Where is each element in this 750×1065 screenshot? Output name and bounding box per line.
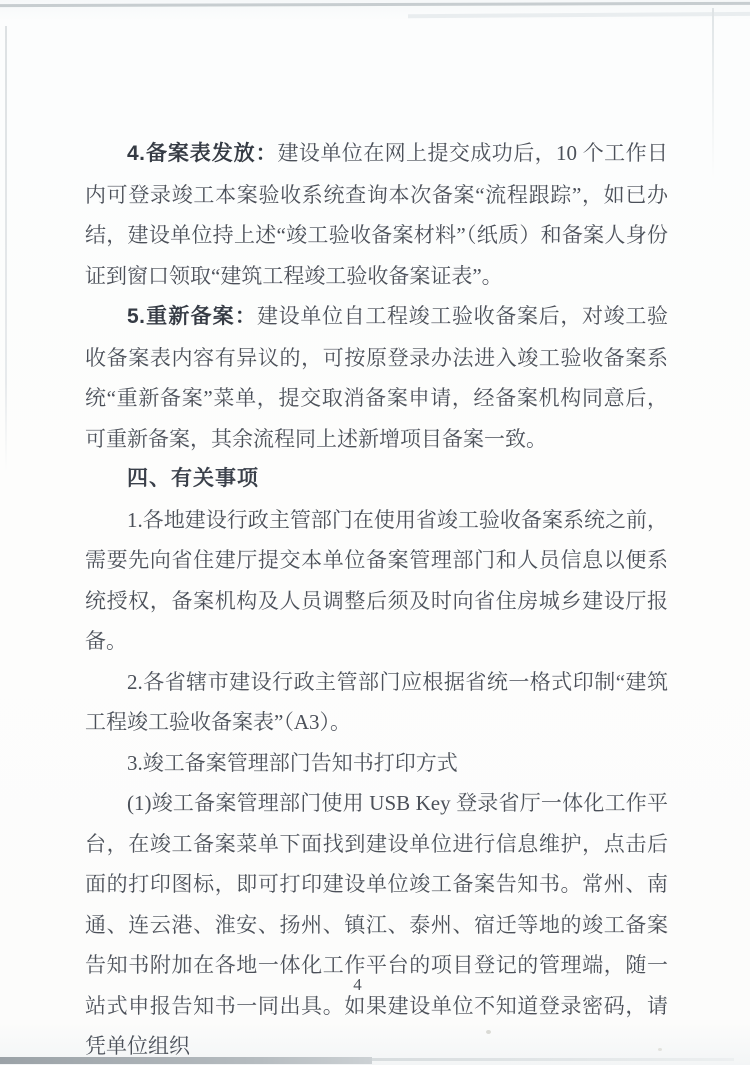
scanned-page: 4.备案表发放：建设单位在网上提交成功后，10 个工作日内可登录竣工本案验收系统… <box>0 0 750 1065</box>
scan-edge-left <box>5 26 7 471</box>
section-heading: 四、有关事项 <box>85 459 668 500</box>
paragraph-related-item-1: 1.各地建设行政主管部门在使用省竣工验收备案系统之前，需要先向省住建厅提交本单位… <box>85 500 668 662</box>
paragraph-related-item-3-sub-1: (1)竣工备案管理部门使用 USB Key 登录省厅一体化工作平台，在竣工备案菜… <box>85 783 668 1065</box>
paragraph-item-4: 4.备案表发放：建设单位在网上提交成功后，10 个工作日内可登录竣工本案验收系统… <box>85 133 668 296</box>
page-number: 4 <box>85 970 630 1000</box>
item-4-lead-label: 4.备案表发放： <box>127 142 278 165</box>
scan-edge-top <box>0 2 750 7</box>
document-text-block: 4.备案表发放：建设单位在网上提交成功后，10 个工作日内可登录竣工本案验收系统… <box>85 133 668 1065</box>
item-5-lead-label: 5.重新备案： <box>127 305 257 328</box>
paragraph-related-item-3: 3.竣工备案管理部门告知书打印方式 <box>85 743 668 784</box>
scan-edge-top-secondary <box>408 12 750 18</box>
paragraph-item-5: 5.重新备案：建设单位自工程竣工验收备案后，对竣工验收备案表内容有异议的，可按原… <box>85 296 668 459</box>
paragraph-related-item-2: 2.各省辖市建设行政主管部门应根据省统一格式印制“建筑工程竣工验收备案表”（A3… <box>85 662 668 743</box>
scan-edge-right <box>712 8 714 178</box>
